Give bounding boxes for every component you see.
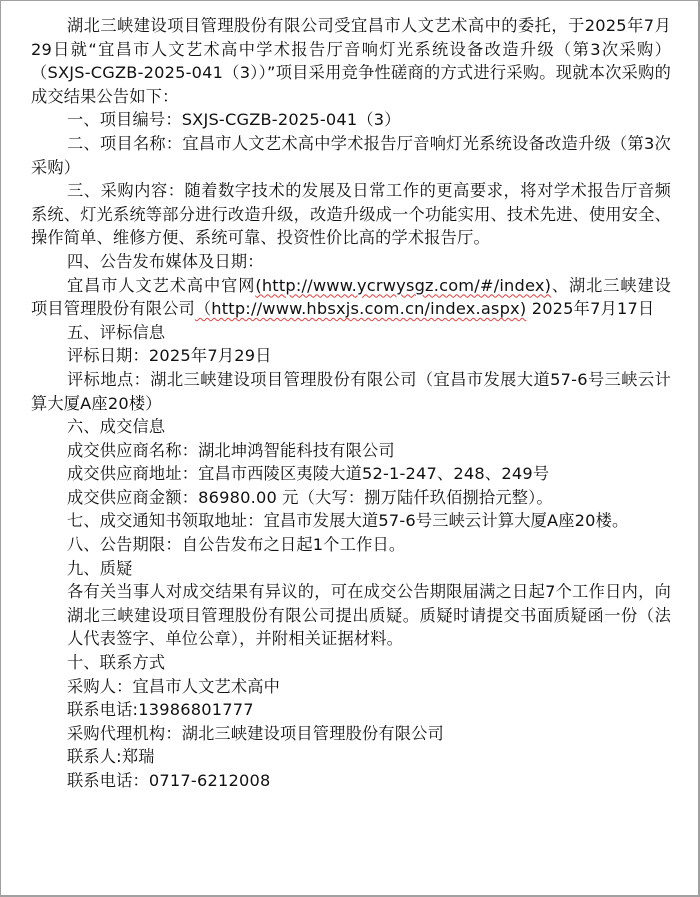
- publication-media-heading: 四、公告发布媒体及日期：: [31, 250, 671, 274]
- publication-date: 2025年7月17日: [526, 299, 654, 318]
- intro-paragraph: 湖北三峡建设项目管理股份有限公司受宜昌市人文艺术高中的委托，于2025年7月29…: [31, 14, 671, 108]
- evaluation-heading: 五、评标信息: [31, 321, 671, 345]
- purchaser-phone: 联系电话:13986801777: [31, 698, 671, 722]
- media1-name: 宜昌市人文艺术高中官网: [67, 276, 255, 295]
- purchaser: 采购人：宜昌市人文艺术高中: [31, 675, 671, 699]
- deal-info-heading: 六、成交信息: [31, 415, 671, 439]
- project-name: 二、项目名称：宜昌市人文艺术高中学术报告厅音响灯光系统设备改造升级（第3次采购）: [31, 132, 671, 179]
- evaluation-date: 评标日期：2025年7月29日: [31, 344, 671, 368]
- contact-phone: 联系电话：0717-6212008: [31, 769, 671, 793]
- procurement-agency: 采购代理机构：湖北三峡建设项目管理股份有限公司: [31, 722, 671, 746]
- document-page: 湖北三峡建设项目管理股份有限公司受宜昌市人文艺术高中的委托，于2025年7月29…: [0, 0, 700, 897]
- supplier-amount: 成交供应商金额：86980.00 元（大写：捌万陆仟玖佰捌拾元整）。: [31, 486, 671, 510]
- contact-heading: 十、联系方式: [31, 651, 671, 675]
- evaluation-place: 评标地点：湖北三峡建设项目管理股份有限公司（宜昌市发展大道57-6号三峡云计算大…: [31, 368, 671, 415]
- supplier-name: 成交供应商名称：湖北坤鸿智能科技有限公司: [31, 439, 671, 463]
- supplier-address: 成交供应商地址：宜昌市西陵区夷陵大道52-1-247、248、249号: [31, 462, 671, 486]
- notice-pickup-address: 七、成交通知书领取地址：宜昌市发展大道57-6号三峡云计算大厦A座20楼。: [31, 509, 671, 533]
- media-separator: 、: [551, 276, 569, 295]
- announcement-period: 八、公告期限：自公告发布之日起1个工作日。: [31, 533, 671, 557]
- media1-url-link[interactable]: (http://www.ycrwysgz.com/#/index): [255, 276, 551, 295]
- objection-body: 各有关当事人对成交结果有异议的，可在成交公告期限届满之日起7个工作日内，向湖北三…: [31, 580, 671, 651]
- objection-heading: 九、质疑: [31, 557, 671, 581]
- announcement-body: 湖北三峡建设项目管理股份有限公司受宜昌市人文艺术高中的委托，于2025年7月29…: [31, 14, 671, 793]
- contact-person: 联系人:郑瑞: [31, 745, 671, 769]
- publication-media: 宜昌市人文艺术高中官网(http://www.ycrwysgz.com/#/in…: [31, 274, 671, 321]
- procurement-content: 三、采购内容：随着数字技术的发展及日常工作的更高要求，将对学术报告厅音频系统、灯…: [31, 179, 671, 250]
- media2-url-link[interactable]: （http://www.hbsxjs.com.cn/index.aspx): [195, 299, 526, 318]
- project-number: 一、项目编号：SXJS-CGZB-2025-041（3）: [31, 108, 671, 132]
